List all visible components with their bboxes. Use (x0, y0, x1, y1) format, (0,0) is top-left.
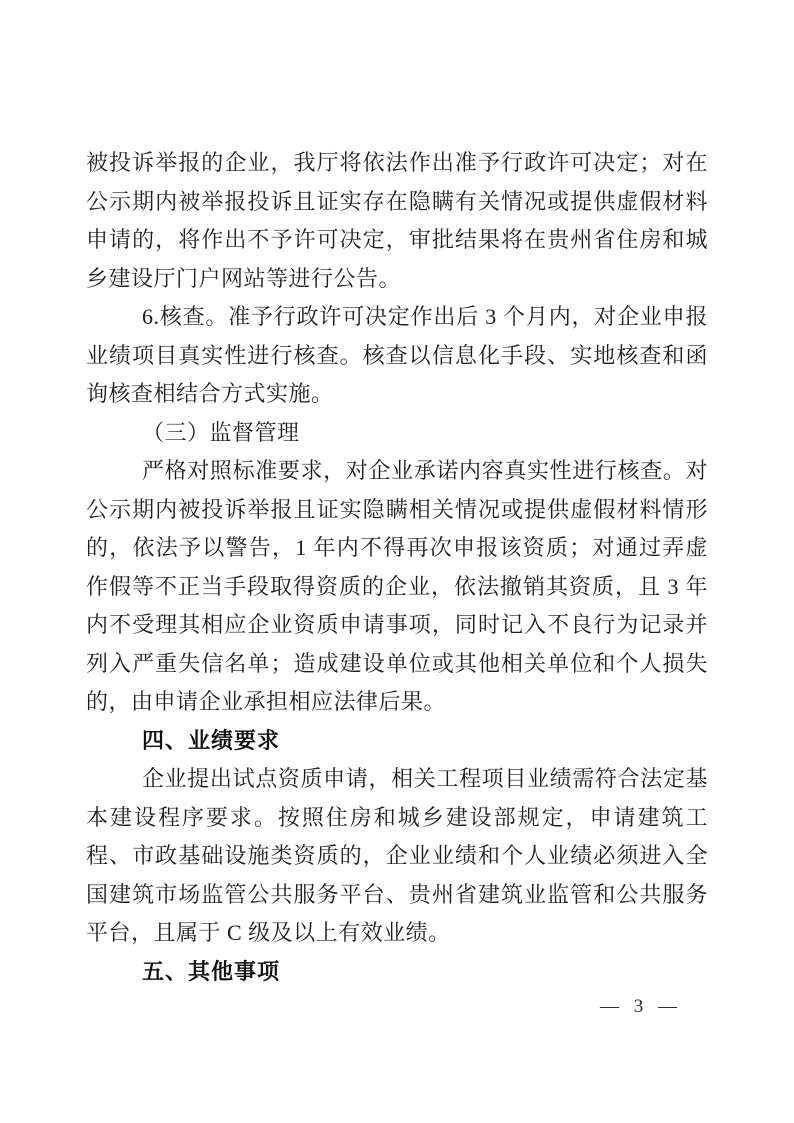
document-page: 被投诉举报的企业，我厅将依法作出准予行政许可决定；对在公示期内被举报投诉且证实存… (0, 0, 794, 1123)
heading-other-matters: 五、其他事项 (86, 953, 708, 992)
page-number: — 3 — (600, 996, 682, 1018)
paragraph-licensing-decision-continuation: 被投诉举报的企业，我厅将依法作出准予行政许可决定；对在公示期内被举报投诉且证实存… (86, 144, 708, 298)
heading-performance-requirements: 四、业绩要求 (86, 722, 708, 761)
paragraph-supervision-detail: 严格对照标准要求，对企业承诺内容真实性进行核查。对公示期内被投诉举报且证实隐瞒相… (86, 452, 708, 722)
document-body: 被投诉举报的企业，我厅将依法作出准予行政许可决定；对在公示期内被举报投诉且证实存… (86, 144, 708, 991)
heading-supervision-management: （三）监督管理 (86, 414, 708, 453)
paragraph-performance-detail: 企业提出试点资质申请，相关工程项目业绩需符合法定基本建设程序要求。按照住房和城乡… (86, 760, 708, 953)
paragraph-verification-item6: 6.核查。准予行政许可决定作出后 3 个月内，对企业申报业绩项目真实性进行核查。… (86, 298, 708, 414)
